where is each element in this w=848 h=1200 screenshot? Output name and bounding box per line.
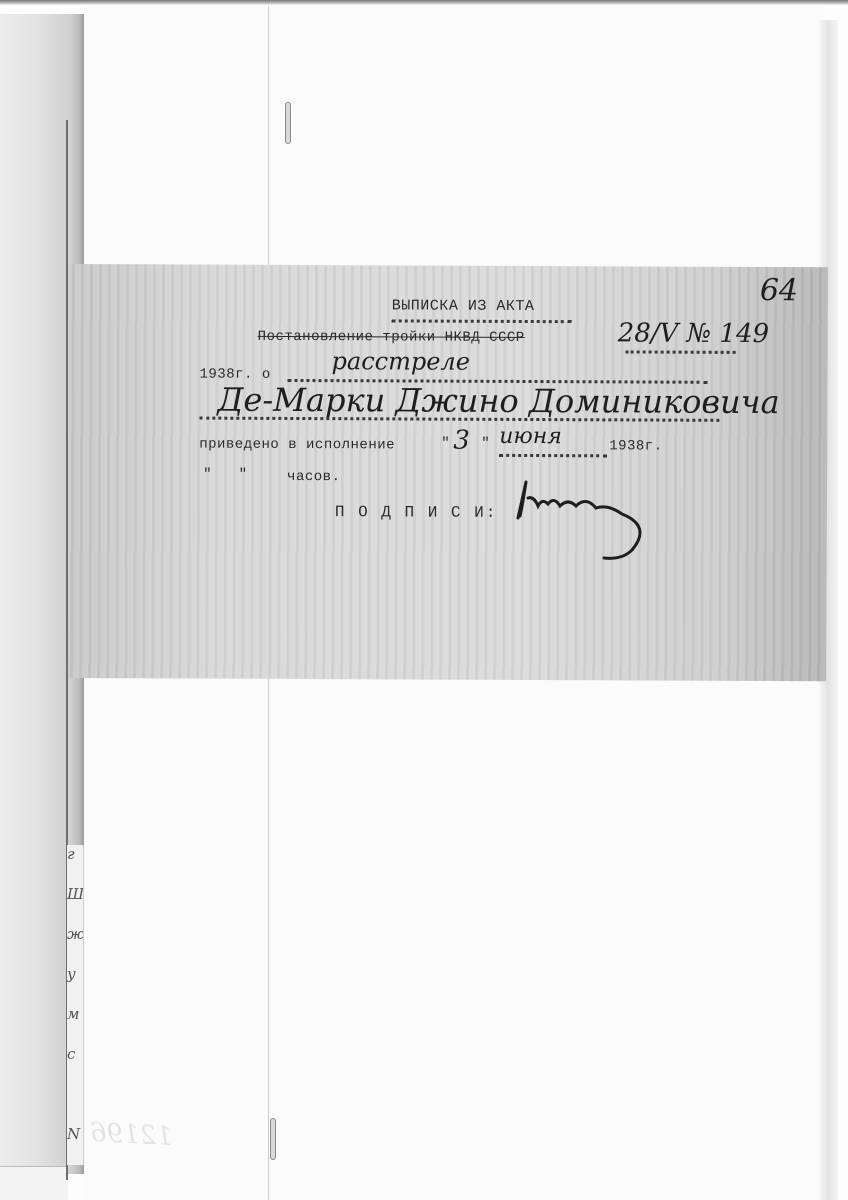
margin-fragment: [67, 1085, 83, 1125]
binding-strip-bottom: [0, 1166, 68, 1200]
margin-fragment: м: [67, 1005, 83, 1045]
verdict-handwritten: расстреле: [332, 347, 470, 376]
decree-handwritten-reference: 28/V № 149: [618, 318, 770, 349]
month-dots: [499, 454, 607, 457]
open-quote: ": [441, 436, 450, 452]
staple-mark-bottom: [270, 1118, 276, 1160]
signatures-label: П О Д П И С И:: [335, 503, 497, 522]
margin-fragment: у: [67, 965, 83, 1005]
decree-dots: [626, 350, 736, 353]
close-quote: ": [481, 436, 490, 452]
faded-bleed-through-stamp: 12196: [89, 1118, 173, 1152]
hours-quote-marks: " ": [203, 467, 248, 483]
execution-month: июня: [499, 424, 562, 449]
person-name-handwritten: Де-Марки Джино Доминиковича: [217, 381, 779, 421]
underlying-sheet-edge: г Ш ж у м с N: [67, 845, 84, 1165]
page-number: 64: [760, 273, 798, 308]
decree-typed-text: Постановление тройки НКВД СССР: [258, 329, 525, 346]
document-title: ВЫПИСКА ИЗ АКТА: [392, 297, 535, 315]
margin-fragment: N: [67, 1125, 83, 1165]
signature-handwritten: [512, 478, 662, 568]
execution-year: 1938г.: [609, 438, 662, 454]
margin-fragment: Ш: [67, 885, 83, 925]
title-underline-dots: [392, 319, 572, 323]
execution-day: 3: [453, 426, 470, 456]
margin-fragment: г: [67, 845, 83, 885]
margin-fragment: ж: [67, 925, 83, 965]
margin-fragment: с: [67, 1045, 83, 1085]
execution-typed-text: приведено в исполнение: [199, 437, 395, 454]
hours-typed-text: часов.: [287, 469, 340, 485]
pasted-act-extract-slip: ВЫПИСКА ИЗ АКТА 64 Постановление тройки …: [68, 264, 828, 681]
scan-top-edge: [0, 0, 848, 5]
staple-mark-top: [285, 102, 291, 144]
